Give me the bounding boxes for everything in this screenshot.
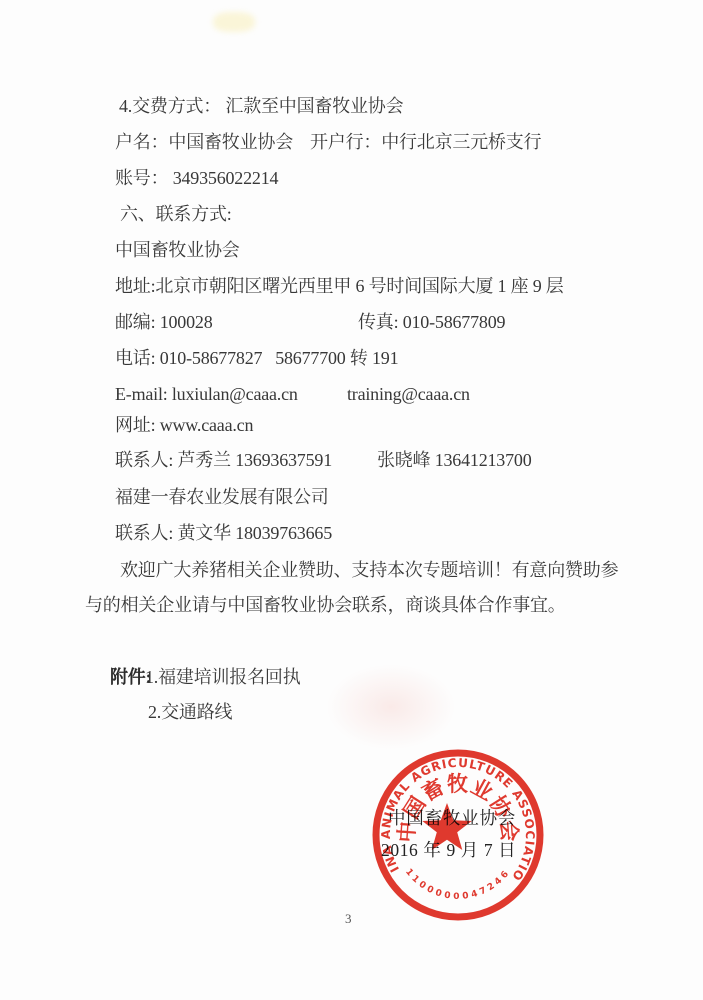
official-seal: CHINA ANIMAL AGRICULTURE ASSOCIATION 中国畜… [363, 740, 553, 930]
line-email-text-0: E-mail: luxiulan@caaa.cn [115, 383, 298, 405]
line-address-text-0: 地址:北京市朝阳区曙光西里甲 6 号时间国际大厦 1 座 9 层 [115, 275, 564, 297]
line-account-number: 账号： 349356022214 [0, 167, 703, 191]
line-account-name-text-1: 开户行：中行北京三元桥支行 [310, 131, 541, 153]
seal-code-text: 1100000047246 [403, 867, 513, 902]
line-org-name-text-0: 中国畜牧业协会 [115, 239, 240, 261]
line-postcode-fax-text-1: 传真: 010-58677809 [358, 311, 505, 333]
line-section-contact: 六、联系方式: [0, 203, 703, 227]
line-account-name-text-0: 户名：中国畜牧业协会 [115, 131, 293, 153]
line-company-contact: 联系人: 黄文华 18039763665 [0, 522, 703, 546]
line-org-name: 中国畜牧业协会 [0, 239, 703, 263]
line-account-name: 户名：中国畜牧业协会开户行：中行北京三元桥支行 [0, 131, 703, 155]
line-contacts-text-0: 联系人: 芦秀兰 13693637591 [115, 449, 332, 471]
line-postcode-fax-text-0: 邮编: 100028 [115, 311, 213, 333]
line-section-contact-text-0: 六、联系方式: [120, 203, 232, 225]
line-attachment-2: 2.交通路线 [0, 701, 703, 725]
line-attachments-text-1: 1.福建培训报名回执 [145, 666, 301, 688]
line-contacts-text-1: 张晓峰 13641213700 [377, 449, 532, 471]
line-contacts: 联系人: 芦秀兰 13693637591张晓峰 13641213700 [0, 449, 703, 473]
page-number: 3 [345, 911, 352, 927]
line-company: 福建一春农业发展有限公司 [0, 486, 703, 510]
line-email-text-1: training@caaa.cn [347, 383, 470, 405]
document-page: 4.交费方式： 汇款至中国畜牧业协会户名：中国畜牧业协会开户行：中行北京三元桥支… [0, 0, 703, 1000]
highlight-smudge [213, 12, 255, 32]
line-attachments: 附件:1.福建培训报名回执 [0, 666, 703, 690]
line-company-text-0: 福建一春农业发展有限公司 [115, 486, 329, 508]
line-payment-method-text-0: 4.交费方式： 汇款至中国畜牧业协会 [119, 95, 403, 117]
line-postcode-fax: 邮编: 100028传真: 010-58677809 [0, 311, 703, 335]
line-phone: 电话: 010-58677827 58677700 转 191 [0, 347, 703, 371]
line-account-number-text-0: 账号： 349356022214 [115, 167, 278, 189]
line-welcome-1: 欢迎广大养猪相关企业赞助、支持本次专题培训！有意向赞助参 [0, 559, 703, 583]
line-payment-method: 4.交费方式： 汇款至中国畜牧业协会 [0, 95, 703, 119]
line-attachment-2-text-0: 2.交通路线 [148, 701, 232, 723]
line-website-text-0: 网址: www.caaa.cn [115, 414, 253, 436]
line-company-contact-text-0: 联系人: 黄文华 18039763665 [115, 522, 332, 544]
line-welcome-2: 与的相关企业请与中国畜牧业协会联系，商谈具体合作事宜。 [0, 594, 703, 618]
line-phone-text-0: 电话: 010-58677827 58677700 转 191 [115, 347, 398, 369]
line-address: 地址:北京市朝阳区曙光西里甲 6 号时间国际大厦 1 座 9 层 [0, 275, 703, 299]
line-welcome-2-text-0: 与的相关企业请与中国畜牧业协会联系，商谈具体合作事宜。 [85, 594, 566, 616]
line-email: E-mail: luxiulan@caaa.cntraining@caaa.cn [0, 383, 703, 407]
line-welcome-1-text-0: 欢迎广大养猪相关企业赞助、支持本次专题培训！有意向赞助参 [120, 559, 618, 581]
line-website: 网址: www.caaa.cn [0, 414, 703, 438]
seal-star-icon [422, 803, 471, 850]
